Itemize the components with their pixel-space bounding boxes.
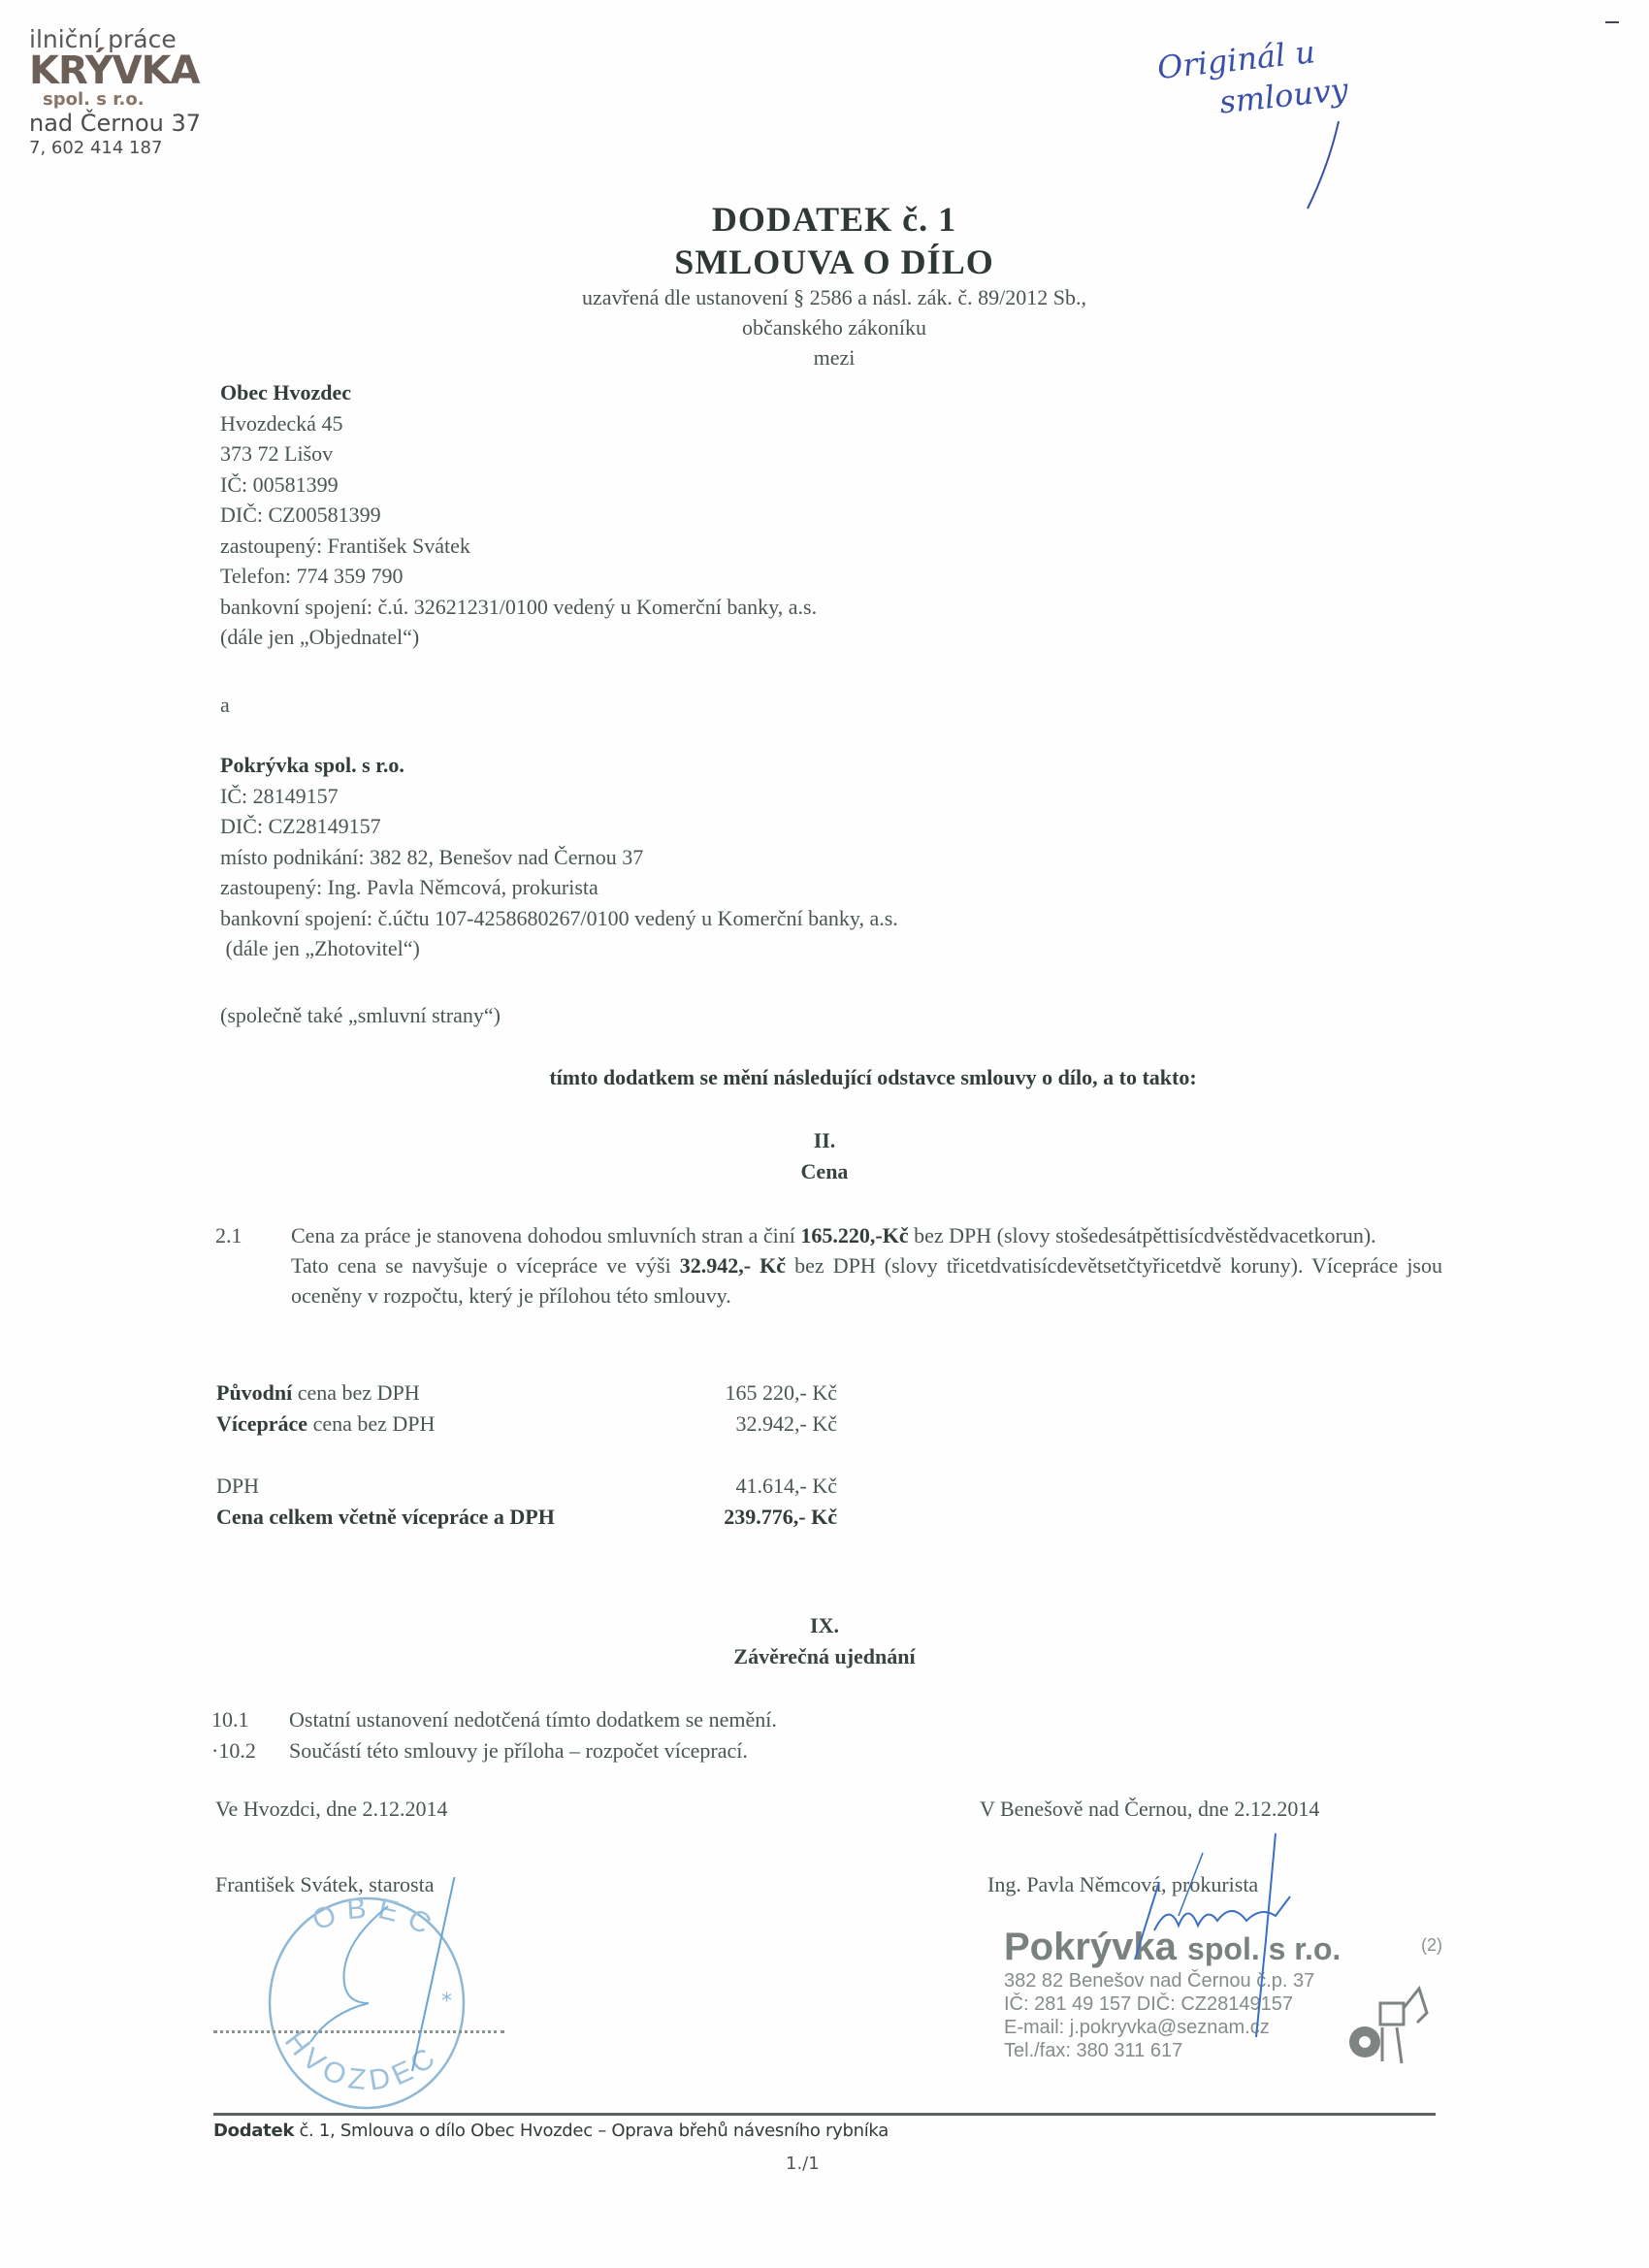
amendment-intro: tímto dodatkem se mění následující odsta… — [291, 1065, 1455, 1090]
party-contractor: Pokrývka spol. s r.o. IČ: 28149157 DIČ: … — [220, 750, 898, 964]
party-contractor-line: místo podnikání: 382 82, Benešov nad Čer… — [220, 842, 898, 873]
clause-text: bez DPH (slovy stošedesátpěttisícdvěstěd… — [909, 1223, 1376, 1247]
price-row-total: Cena celkem včetně vícepráce a DPH 239.7… — [216, 1502, 837, 1533]
scan-mark — [1605, 21, 1619, 23]
contractor-place-date: V Benešově nad Černou, dne 2.12.2014 — [980, 1797, 1319, 1822]
provision-number: 10.1 — [211, 1704, 289, 1735]
letterhead-legal-form: spol. s r.o. — [43, 91, 201, 110]
contractor-signature — [1086, 1824, 1358, 2037]
provision-item: ·10.2 Součástí této smlouvy je příloha –… — [211, 1735, 777, 1766]
party-client-line: Telefon: 774 359 790 — [220, 561, 817, 592]
clause-text: Cena za práce je stanovena dohodou smluv… — [291, 1223, 800, 1247]
price-label-bold: Cena celkem včetně vícepráce a DPH — [216, 1505, 555, 1529]
section-2-heading: II. Cena — [582, 1125, 1067, 1187]
price-value: 32.942,- Kč — [678, 1409, 837, 1440]
document-subtitle: SMLOUVA O DÍLO — [436, 242, 1232, 282]
clause-text: Tato cena se navyšuje o vícepráce ve výš… — [291, 1253, 680, 1278]
party-contractor-line: IČ: 28149157 — [220, 781, 898, 812]
stamp-phone: Tel./fax: 380 311 617 — [1004, 2039, 1341, 2062]
section-2-title: Cena — [582, 1156, 1067, 1187]
provision-item: 10.1 Ostatní ustanovení nedotčená tímto … — [211, 1704, 777, 1735]
letterhead-company: KRÝVKA — [29, 50, 201, 91]
final-provisions-list: 10.1 Ostatní ustanovení nedotčená tímto … — [211, 1704, 777, 1766]
letterhead-address: nad Černou 37 — [29, 112, 201, 136]
svg-text:*: * — [441, 1990, 452, 2014]
party-client-line: 373 72 Lišov — [220, 438, 817, 470]
section-9-title: Závěrečná ujednání — [582, 1641, 1067, 1672]
clause-2-1: 2.1 Cena za práce je stanovena dohodou s… — [215, 1220, 1442, 1311]
party-client-line: (dále jen „Objednatel“) — [220, 622, 817, 653]
provision-text: Ostatní ustanovení nedotčená tímto dodat… — [289, 1704, 777, 1735]
footer-rest: č. 1, Smlouva o dílo Obec Hvozdec – Opra… — [294, 2121, 889, 2141]
section-9-number: IX. — [582, 1610, 1067, 1641]
price-value: 41.614,- Kč — [678, 1471, 837, 1502]
price-label-bold: Vícepráce — [216, 1411, 307, 1436]
letterhead-stamp: ilniční práce KRÝVKA spol. s r.o. nad Če… — [29, 27, 201, 158]
handwritten-note: Originál u smlouvy — [1155, 29, 1350, 129]
original-price: 165.220,-Kč — [800, 1223, 908, 1247]
legal-basis-line: uzavřená dle ustanovení § 2586 a násl. z… — [436, 282, 1232, 312]
price-total-value: 239.776,- Kč — [678, 1502, 837, 1533]
party-client-line: zastoupený: František Svátek — [220, 531, 817, 562]
section-9-heading: IX. Závěrečná ujednání — [582, 1610, 1067, 1672]
price-summary-table: Původní cena bez DPH 165 220,- Kč Vícepr… — [216, 1377, 837, 1533]
price-row-vat: DPH 41.614,- Kč — [216, 1471, 837, 1502]
party-client-name: Obec Hvozdec — [220, 377, 817, 408]
footer-bold: Dodatek — [213, 2121, 294, 2141]
party-contractor-line: zastoupený: Ing. Pavla Němcová, prokuris… — [220, 872, 898, 903]
price-label-rest: cena bez DPH — [307, 1411, 435, 1436]
price-label-bold: Původní — [216, 1380, 292, 1405]
letterhead-phone: 7, 602 414 187 — [29, 140, 201, 158]
price-row-original: Původní cena bez DPH 165 220,- Kč — [216, 1377, 837, 1409]
party-contractor-line: DIČ: CZ28149157 — [220, 811, 898, 842]
provision-number: ·10.2 — [211, 1735, 289, 1766]
clause-number: 2.1 — [215, 1220, 242, 1250]
party-contractor-line: bankovní spojení: č.účtu 107-4258680267/… — [220, 903, 898, 934]
document-title-block: DODATEK č. 1 SMLOUVA O DÍLO uzavřená dle… — [436, 199, 1232, 373]
signature-line-client — [213, 2030, 504, 2033]
party-client-line: bankovní spojení: č.ú. 32621231/0100 ved… — [220, 592, 817, 623]
between-label: mezi — [436, 342, 1232, 373]
price-label-rest: cena bez DPH — [292, 1380, 419, 1405]
price-row-extra: Vícepráce cena bez DPH 32.942,- Kč — [216, 1409, 837, 1440]
extra-work-price: 32.942,- Kč — [680, 1253, 786, 1278]
legal-basis-code: občanského zákoníku — [436, 312, 1232, 342]
party-contractor-name: Pokrývka spol. s r.o. — [220, 750, 898, 781]
price-value: 165 220,- Kč — [678, 1377, 837, 1409]
price-label: Vícepráce cena bez DPH — [216, 1409, 678, 1440]
parties-together-note: (společně také „smluvní strany“) — [220, 1000, 501, 1031]
party-client-line: Hvozdecká 45 — [220, 408, 817, 439]
stamp-number: (2) — [1421, 1935, 1442, 1956]
page-number: 1./1 — [786, 2154, 820, 2174]
price-label: Cena celkem včetně vícepráce a DPH — [216, 1502, 678, 1533]
party-client-line: IČ: 00581399 — [220, 470, 817, 501]
municipal-stamp: OBEC HVOZDEC * — [233, 1877, 514, 2110]
price-label: Původní cena bez DPH — [216, 1377, 678, 1409]
price-label-rest: DPH — [216, 1474, 259, 1498]
conjunction: a — [220, 690, 230, 721]
party-contractor-line: (dále jen „Zhotovitel“) — [220, 933, 898, 964]
footer-divider — [213, 2113, 1436, 2116]
footer-caption: Dodatek č. 1, Smlouva o dílo Obec Hvozde… — [213, 2121, 889, 2141]
clause-body: Cena za práce je stanovena dohodou smluv… — [291, 1220, 1442, 1311]
section-2-number: II. — [582, 1125, 1067, 1156]
provision-text: Součástí této smlouvy je příloha – rozpo… — [289, 1735, 748, 1766]
handwritten-stroke — [1300, 116, 1358, 213]
party-client: Obec Hvozdec Hvozdecká 45 373 72 Lišov I… — [220, 377, 817, 653]
document-title: DODATEK č. 1 — [436, 199, 1232, 240]
client-place-date: Ve Hvozdci, dne 2.12.2014 — [215, 1797, 448, 1822]
party-client-line: DIČ: CZ00581399 — [220, 500, 817, 531]
price-label: DPH — [216, 1471, 678, 1502]
